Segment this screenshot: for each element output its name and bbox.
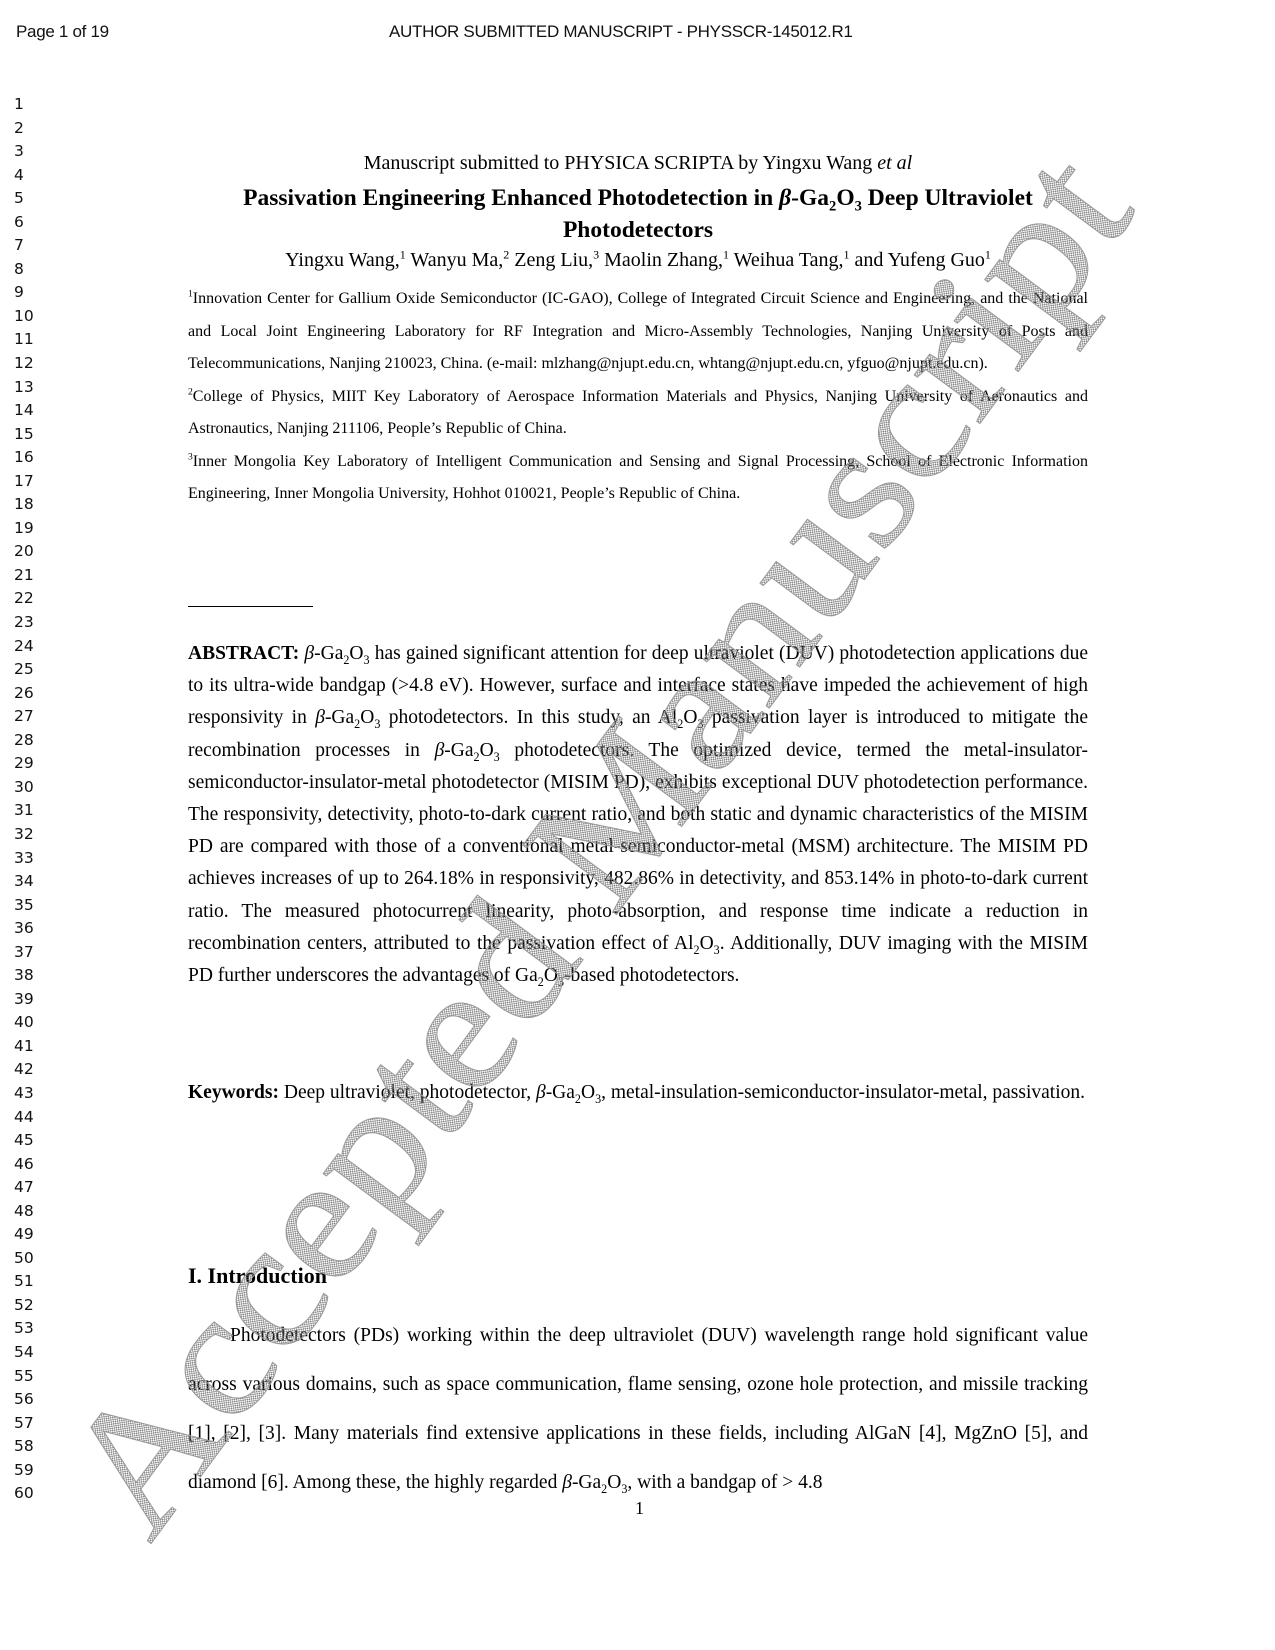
line-number: 40: [14, 1011, 34, 1035]
author-affiliation-mark: 1: [400, 247, 406, 261]
italic-symbol: β: [435, 740, 445, 761]
affiliation: 1Innovation Center for Gallium Oxide Sem…: [188, 283, 1088, 381]
line-number: 16: [14, 446, 34, 470]
line-number: 8: [14, 258, 34, 282]
line-number: 20: [14, 540, 34, 564]
line-number: 4: [14, 164, 34, 188]
text-run: O: [480, 740, 494, 761]
line-number: 37: [14, 941, 34, 965]
line-number: 35: [14, 894, 34, 918]
author: and Yufeng Guo: [855, 249, 985, 271]
line-number: 12: [14, 352, 34, 376]
affiliation-text: Inner Mongolia Key Laboratory of Intelli…: [188, 453, 1088, 503]
line-number: 6: [14, 211, 34, 235]
line-number: 18: [14, 493, 34, 517]
author-list: Yingxu Wang,1 Wanyu Ma,2 Zeng Liu,3 Maol…: [188, 249, 1088, 272]
line-number: 22: [14, 587, 34, 611]
page-number-text: 1: [635, 1498, 644, 1518]
affiliations: 1Innovation Center for Gallium Oxide Sem…: [188, 283, 1088, 511]
italic-symbol: β: [536, 1082, 546, 1103]
line-numbers: 1234567891011121314151617181920212223242…: [14, 93, 34, 1506]
line-number: 7: [14, 234, 34, 258]
author-affiliation-mark: 1: [844, 247, 850, 261]
line-number: 23: [14, 611, 34, 635]
line-number: 50: [14, 1247, 34, 1271]
line-number: 45: [14, 1129, 34, 1153]
text-run: O: [349, 643, 363, 664]
line-number: 31: [14, 799, 34, 823]
text-run: O: [581, 1082, 595, 1103]
title-text: -Ga: [791, 185, 829, 211]
line-number: 9: [14, 281, 34, 305]
author-affiliation-mark: 2: [503, 247, 509, 261]
line-number: 33: [14, 847, 34, 871]
line-number: 10: [14, 305, 34, 329]
text-run: Photodetectors (PDs) working within the …: [188, 1325, 1088, 1493]
line-number: 56: [14, 1388, 34, 1412]
line-number: 28: [14, 729, 34, 753]
submission-note: Manuscript submitted to PHYSICA SCRIPTA …: [188, 152, 1088, 175]
line-number: 53: [14, 1317, 34, 1341]
title-sub: 3: [855, 199, 862, 215]
author: Yingxu Wang,: [285, 249, 400, 271]
text-run: , metal-insulation-semiconductor-insulat…: [601, 1082, 1085, 1103]
submission-text: Manuscript submitted to PHYSICA SCRIPTA …: [364, 152, 873, 174]
submission-etal: et al: [877, 152, 912, 174]
line-number: 38: [14, 964, 34, 988]
italic-symbol: β: [562, 1472, 572, 1493]
italic-symbol: β: [304, 643, 314, 664]
line-number: 19: [14, 517, 34, 541]
author-affiliation-mark: 1: [985, 247, 991, 261]
line-number: 11: [14, 328, 34, 352]
text-run: O: [607, 1472, 621, 1493]
text-run: -Ga: [325, 707, 354, 728]
text-run: -Ga: [314, 643, 343, 664]
keywords-body: Deep ultraviolet, photodetector, β-Ga2O3…: [279, 1082, 1085, 1103]
line-number: 52: [14, 1294, 34, 1318]
abstract-label: ABSTRACT:: [188, 643, 299, 664]
line-number: 36: [14, 917, 34, 941]
line-number: 48: [14, 1200, 34, 1224]
line-number: 39: [14, 988, 34, 1012]
abstract: ABSTRACT: β-Ga2O3 has gained significant…: [188, 638, 1088, 992]
keywords-label: Keywords:: [188, 1082, 279, 1103]
line-number: 15: [14, 423, 34, 447]
line-number: 58: [14, 1435, 34, 1459]
page-number: 1: [0, 1498, 1275, 1519]
line-number: 46: [14, 1153, 34, 1177]
affiliation-text: College of Physics, MIIT Key Laboratory …: [188, 388, 1088, 438]
section-heading: I. Introduction: [188, 1263, 327, 1289]
line-number: 43: [14, 1082, 34, 1106]
text-run: O: [683, 707, 697, 728]
line-number: 30: [14, 776, 34, 800]
author-affiliation-mark: 3: [593, 247, 599, 261]
text-run: O: [360, 707, 374, 728]
line-number: 49: [14, 1223, 34, 1247]
author-affiliation-mark: 1: [723, 247, 729, 261]
text-run: photodetectors. In this study, an Al: [380, 707, 677, 728]
italic-symbol: β: [315, 707, 325, 728]
affiliation: 2College of Physics, MIIT Key Laboratory…: [188, 381, 1088, 446]
line-number: 17: [14, 470, 34, 494]
line-number: 47: [14, 1176, 34, 1200]
manuscript-id: AUTHOR SUBMITTED MANUSCRIPT - PHYSSCR-14…: [389, 22, 853, 42]
text-run: O: [544, 965, 558, 986]
title-text: O: [836, 185, 854, 211]
line-number: 59: [14, 1459, 34, 1483]
affiliation-text: Innovation Center for Gallium Oxide Semi…: [188, 290, 1088, 372]
line-number: 42: [14, 1058, 34, 1082]
text-run: -Ga: [572, 1472, 601, 1493]
line-number: 55: [14, 1365, 34, 1389]
page-indicator: Page 1 of 19: [16, 22, 109, 42]
line-number: 1: [14, 93, 34, 117]
text-run: , with a bandgap of > 4.8: [627, 1472, 822, 1493]
text-run: -based photodetectors.: [564, 965, 739, 986]
title-text: Passivation Engineering Enhanced Photode…: [243, 185, 779, 211]
title-line2: Photodetectors: [563, 217, 713, 243]
line-number: 51: [14, 1270, 34, 1294]
line-number: 57: [14, 1412, 34, 1436]
text-run: Deep ultraviolet, photodetector,: [279, 1082, 536, 1103]
author: Weihua Tang,: [734, 249, 844, 271]
line-number: 21: [14, 564, 34, 588]
text-run: -Ga: [444, 740, 473, 761]
line-number: 5: [14, 187, 34, 211]
introduction-body: Photodetectors (PDs) working within the …: [188, 1311, 1088, 1507]
line-number: 34: [14, 870, 34, 894]
title-text: Deep Ultraviolet: [862, 185, 1033, 211]
paper-title: Passivation Engineering Enhanced Photode…: [188, 182, 1088, 246]
intro-paragraph: Photodetectors (PDs) working within the …: [188, 1311, 1088, 1507]
line-number: 41: [14, 1035, 34, 1059]
author: Maolin Zhang,: [604, 249, 723, 271]
line-number: 54: [14, 1341, 34, 1365]
author: Zeng Liu,: [514, 249, 593, 271]
line-number: 3: [14, 140, 34, 164]
line-number: 44: [14, 1106, 34, 1130]
line-number: 25: [14, 658, 34, 682]
affiliation: 3Inner Mongolia Key Laboratory of Intell…: [188, 446, 1088, 511]
line-number: 24: [14, 635, 34, 659]
keywords: Keywords: Deep ultraviolet, photodetecto…: [188, 1069, 1088, 1117]
line-number: 26: [14, 682, 34, 706]
title-beta: β: [779, 185, 791, 211]
line-number: 14: [14, 399, 34, 423]
abstract-body: β-Ga2O3 has gained significant attention…: [188, 643, 1088, 986]
line-number: 2: [14, 117, 34, 141]
text-run: -Ga: [546, 1082, 575, 1103]
line-number: 32: [14, 823, 34, 847]
text-run: O: [700, 933, 714, 954]
line-number: 29: [14, 752, 34, 776]
line-number: 27: [14, 705, 34, 729]
text-run: photodetectors. The optimized device, te…: [188, 740, 1088, 954]
line-number: 13: [14, 376, 34, 400]
footnote-rule: [188, 606, 313, 607]
author: Wanyu Ma,: [410, 249, 503, 271]
